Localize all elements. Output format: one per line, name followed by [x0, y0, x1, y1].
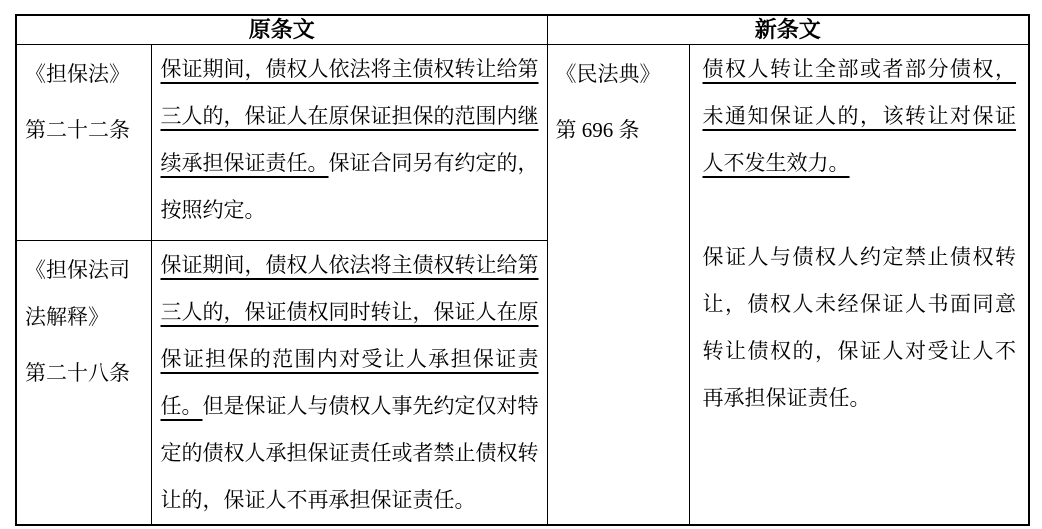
cell-judicial-interpretation-text: 保证期间，债权人依法将主债权转让给第三人的，保证债权同时转让，保证人在原保证担保… [151, 241, 547, 526]
header-new-provision: 新条文 [547, 15, 1029, 45]
civil-code-underlined-text: 债权人转让全部或者部分债权，未通知保证人的，该转让对保证人不发生效力。 [703, 57, 1017, 175]
civil-code-paragraph-2: 保证人与债权人约定禁止债权转让，债权人未经保证人书面同意转让债权的，保证人对受让… [703, 234, 1017, 422]
judicial-interpretation-article: 第二十八条 [25, 350, 145, 397]
guarantee-law-title: 《担保法》 [25, 51, 145, 98]
table-header-row: 原条文 新条文 [16, 15, 1029, 45]
judicial-interpretation-plain-text: 但是保证人与债权人事先约定仅对特定的债权人承担保证责任或者禁止债权转让的，保证人… [161, 394, 539, 512]
civil-code-title: 《民法典》 [556, 51, 683, 98]
civil-code-article: 第 696 条 [556, 107, 683, 154]
cell-civil-code-text: 债权人转让全部或者部分债权，未通知保证人的，该转让对保证人不发生效力。 保证人与… [689, 45, 1029, 526]
cell-guarantee-law-text: 保证期间，债权人依法将主债权转让给第三人的，保证人在原保证担保的范围内继续承担保… [151, 45, 547, 241]
guarantee-law-article: 第二十二条 [25, 107, 145, 154]
civil-code-paragraph-1: 债权人转让全部或者部分债权，未通知保证人的，该转让对保证人不发生效力。 [703, 46, 1017, 187]
cell-judicial-interpretation-label: 《担保法司法解释》 第二十八条 [16, 241, 151, 526]
law-comparison-table: 原条文 新条文 《担保法》 第二十二条 保证期间，债权人依法将主债权转让给第三人… [15, 14, 1030, 526]
document-page: 原条文 新条文 《担保法》 第二十二条 保证期间，债权人依法将主债权转让给第三人… [0, 0, 1042, 529]
cell-guarantee-law-label: 《担保法》 第二十二条 [16, 45, 151, 241]
judicial-interpretation-title: 《担保法司法解释》 [25, 247, 145, 341]
table-row-guarantee-law: 《担保法》 第二十二条 保证期间，债权人依法将主债权转让给第三人的，保证人在原保… [16, 45, 1029, 241]
cell-civil-code-label: 《民法典》 第 696 条 [547, 45, 689, 526]
guarantee-law-paragraph: 保证期间，债权人依法将主债权转让给第三人的，保证人在原保证担保的范围内继续承担保… [161, 46, 539, 234]
header-original-provision: 原条文 [16, 15, 547, 45]
judicial-interpretation-paragraph: 保证期间，债权人依法将主债权转让给第三人的，保证债权同时转让，保证人在原保证担保… [161, 242, 539, 524]
